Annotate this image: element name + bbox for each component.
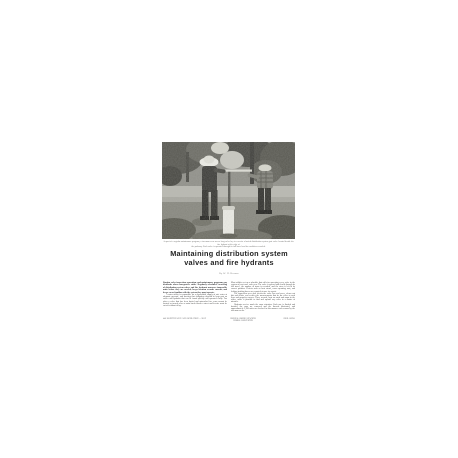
- article-title: Maintaining distribution system valves a…: [152, 250, 306, 267]
- abstract-paragraph: Routine valve inspection, operation, and…: [163, 282, 227, 294]
- photo-caption-line1: As part of a regular maintenance program…: [163, 241, 294, 246]
- body-paragraph: Most utilities set up a schedule that ca…: [231, 282, 295, 293]
- article-byline: By W. H. Kuranz: [182, 272, 276, 275]
- left-column: Routine valve inspection, operation, and…: [163, 282, 227, 307]
- scanned-article-page: As part of a regular maintenance program…: [0, 0, 458, 458]
- body-paragraph: A water utility is responsible for a dep…: [163, 294, 227, 307]
- footer-center-line2: WORKS ASSOCIATION: [224, 320, 262, 322]
- body-paragraph: The inspection crew also checks the valv…: [231, 293, 295, 304]
- photo-illustration: [162, 142, 295, 239]
- photo-grain: [162, 142, 295, 239]
- screenshot-canvas: As part of a regular maintenance program…: [0, 0, 458, 458]
- footer-center-text: JOURNAL AMERICAN WATER WORKS ASSOCIATION: [224, 318, 262, 322]
- article-title-line2: valves and fire hydrants: [152, 259, 306, 268]
- body-paragraph: Hydrants receive much the same attention…: [231, 304, 295, 313]
- page-footer: 446 MAINTENANCE AND OPERATION — MAY JOUR…: [163, 318, 295, 322]
- footer-right-text: JOUR. AWWA: [275, 318, 295, 320]
- footer-left-text: 446 MAINTENANCE AND OPERATION — MAY: [163, 318, 211, 320]
- photo-caption: As part of a regular maintenance program…: [162, 241, 295, 249]
- right-column: Most utilities set up a schedule that ca…: [231, 282, 295, 312]
- article-photo: [162, 142, 295, 239]
